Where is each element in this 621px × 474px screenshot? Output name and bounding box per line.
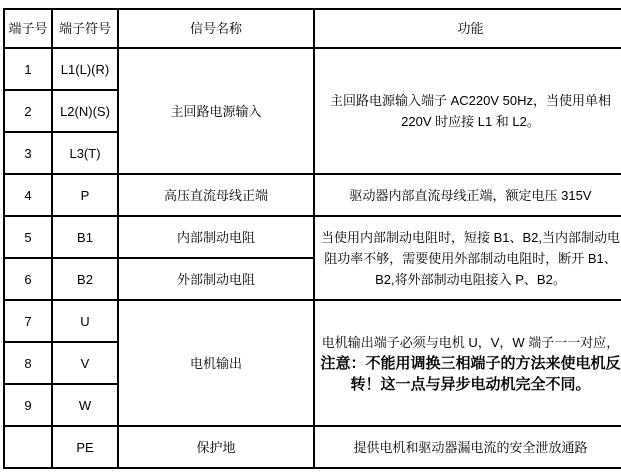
table-row: PE 保护地 提供电机和驱动器漏电流的安全泄放通路 bbox=[4, 426, 621, 468]
terminal-symbol-cell: L3(T) bbox=[52, 132, 118, 174]
terminal-no-cell: 2 bbox=[4, 90, 52, 132]
signal-name-cell-external-brake: 外部制动电阻 bbox=[118, 258, 314, 300]
function-cell-motor-output: 电机输出端子必须与电机 U，V，W 端子一一对应，注意：不能用调换三相端子的方法… bbox=[314, 300, 621, 426]
terminal-symbol-cell: P bbox=[52, 174, 118, 216]
terminal-symbol-cell: V bbox=[52, 342, 118, 384]
function-cell-dc-bus: 驱动器内部直流母线正端，额定电压 315V bbox=[314, 174, 621, 216]
terminal-symbol-cell: U bbox=[52, 300, 118, 342]
terminal-no-cell: 5 bbox=[4, 216, 52, 258]
signal-name-cell-main-power: 主回路电源输入 bbox=[118, 48, 314, 174]
table-row: 4 P 高压直流母线正端 驱动器内部直流母线正端，额定电压 315V bbox=[4, 174, 621, 216]
header-function: 功能 bbox=[314, 9, 621, 48]
terminal-symbol-cell: B1 bbox=[52, 216, 118, 258]
motor-output-warning-text: 注意：不能用调换三相端子的方法来使电机反转！这一点与异步电动机完全不同。 bbox=[320, 355, 620, 393]
signal-name-cell-internal-brake: 内部制动电阻 bbox=[118, 216, 314, 258]
terminal-no-cell: 3 bbox=[4, 132, 52, 174]
function-cell-protective-earth: 提供电机和驱动器漏电流的安全泄放通路 bbox=[314, 426, 621, 468]
terminal-symbol-cell: L2(N)(S) bbox=[52, 90, 118, 132]
terminal-symbol-cell: W bbox=[52, 384, 118, 426]
terminal-no-cell: 6 bbox=[4, 258, 52, 300]
terminal-no-cell: 7 bbox=[4, 300, 52, 342]
signal-name-cell-motor-output: 电机输出 bbox=[118, 300, 314, 426]
terminal-function-table: 端子号 端子符号 信号名称 功能 1 L1(L)(R) 主回路电源输入 主回路电… bbox=[3, 8, 621, 469]
function-cell-main-power: 主回路电源输入端子 AC220V 50Hz，当使用单相 220V 时应接 L1 … bbox=[314, 48, 621, 174]
function-cell-brake: 当使用内部制动电阻时，短接 B1、B2,当内部制动电阻功率不够，需要使用外部制动… bbox=[314, 216, 621, 300]
terminal-no-cell: 4 bbox=[4, 174, 52, 216]
table-header-row: 端子号 端子符号 信号名称 功能 bbox=[4, 9, 621, 48]
signal-name-cell-protective-earth: 保护地 bbox=[118, 426, 314, 468]
table-row: 7 U 电机输出 电机输出端子必须与电机 U，V，W 端子一一对应，注意：不能用… bbox=[4, 300, 621, 342]
terminal-symbol-cell: L1(L)(R) bbox=[52, 48, 118, 90]
terminal-no-cell bbox=[4, 426, 52, 468]
terminal-symbol-cell: PE bbox=[52, 426, 118, 468]
motor-output-normal-text: 电机输出端子必须与电机 U，V，W 端子一一对应， bbox=[322, 335, 620, 350]
page: 端子号 端子符号 信号名称 功能 1 L1(L)(R) 主回路电源输入 主回路电… bbox=[0, 0, 621, 474]
table-row: 1 L1(L)(R) 主回路电源输入 主回路电源输入端子 AC220V 50Hz… bbox=[4, 48, 621, 90]
terminal-no-cell: 1 bbox=[4, 48, 52, 90]
terminal-no-cell: 8 bbox=[4, 342, 52, 384]
header-terminal-no: 端子号 bbox=[4, 9, 52, 48]
signal-name-cell-dc-bus: 高压直流母线正端 bbox=[118, 174, 314, 216]
header-signal-name: 信号名称 bbox=[118, 9, 314, 48]
header-terminal-symbol: 端子符号 bbox=[52, 9, 118, 48]
terminal-no-cell: 9 bbox=[4, 384, 52, 426]
table-row: 5 B1 内部制动电阻 当使用内部制动电阻时，短接 B1、B2,当内部制动电阻功… bbox=[4, 216, 621, 258]
terminal-symbol-cell: B2 bbox=[52, 258, 118, 300]
